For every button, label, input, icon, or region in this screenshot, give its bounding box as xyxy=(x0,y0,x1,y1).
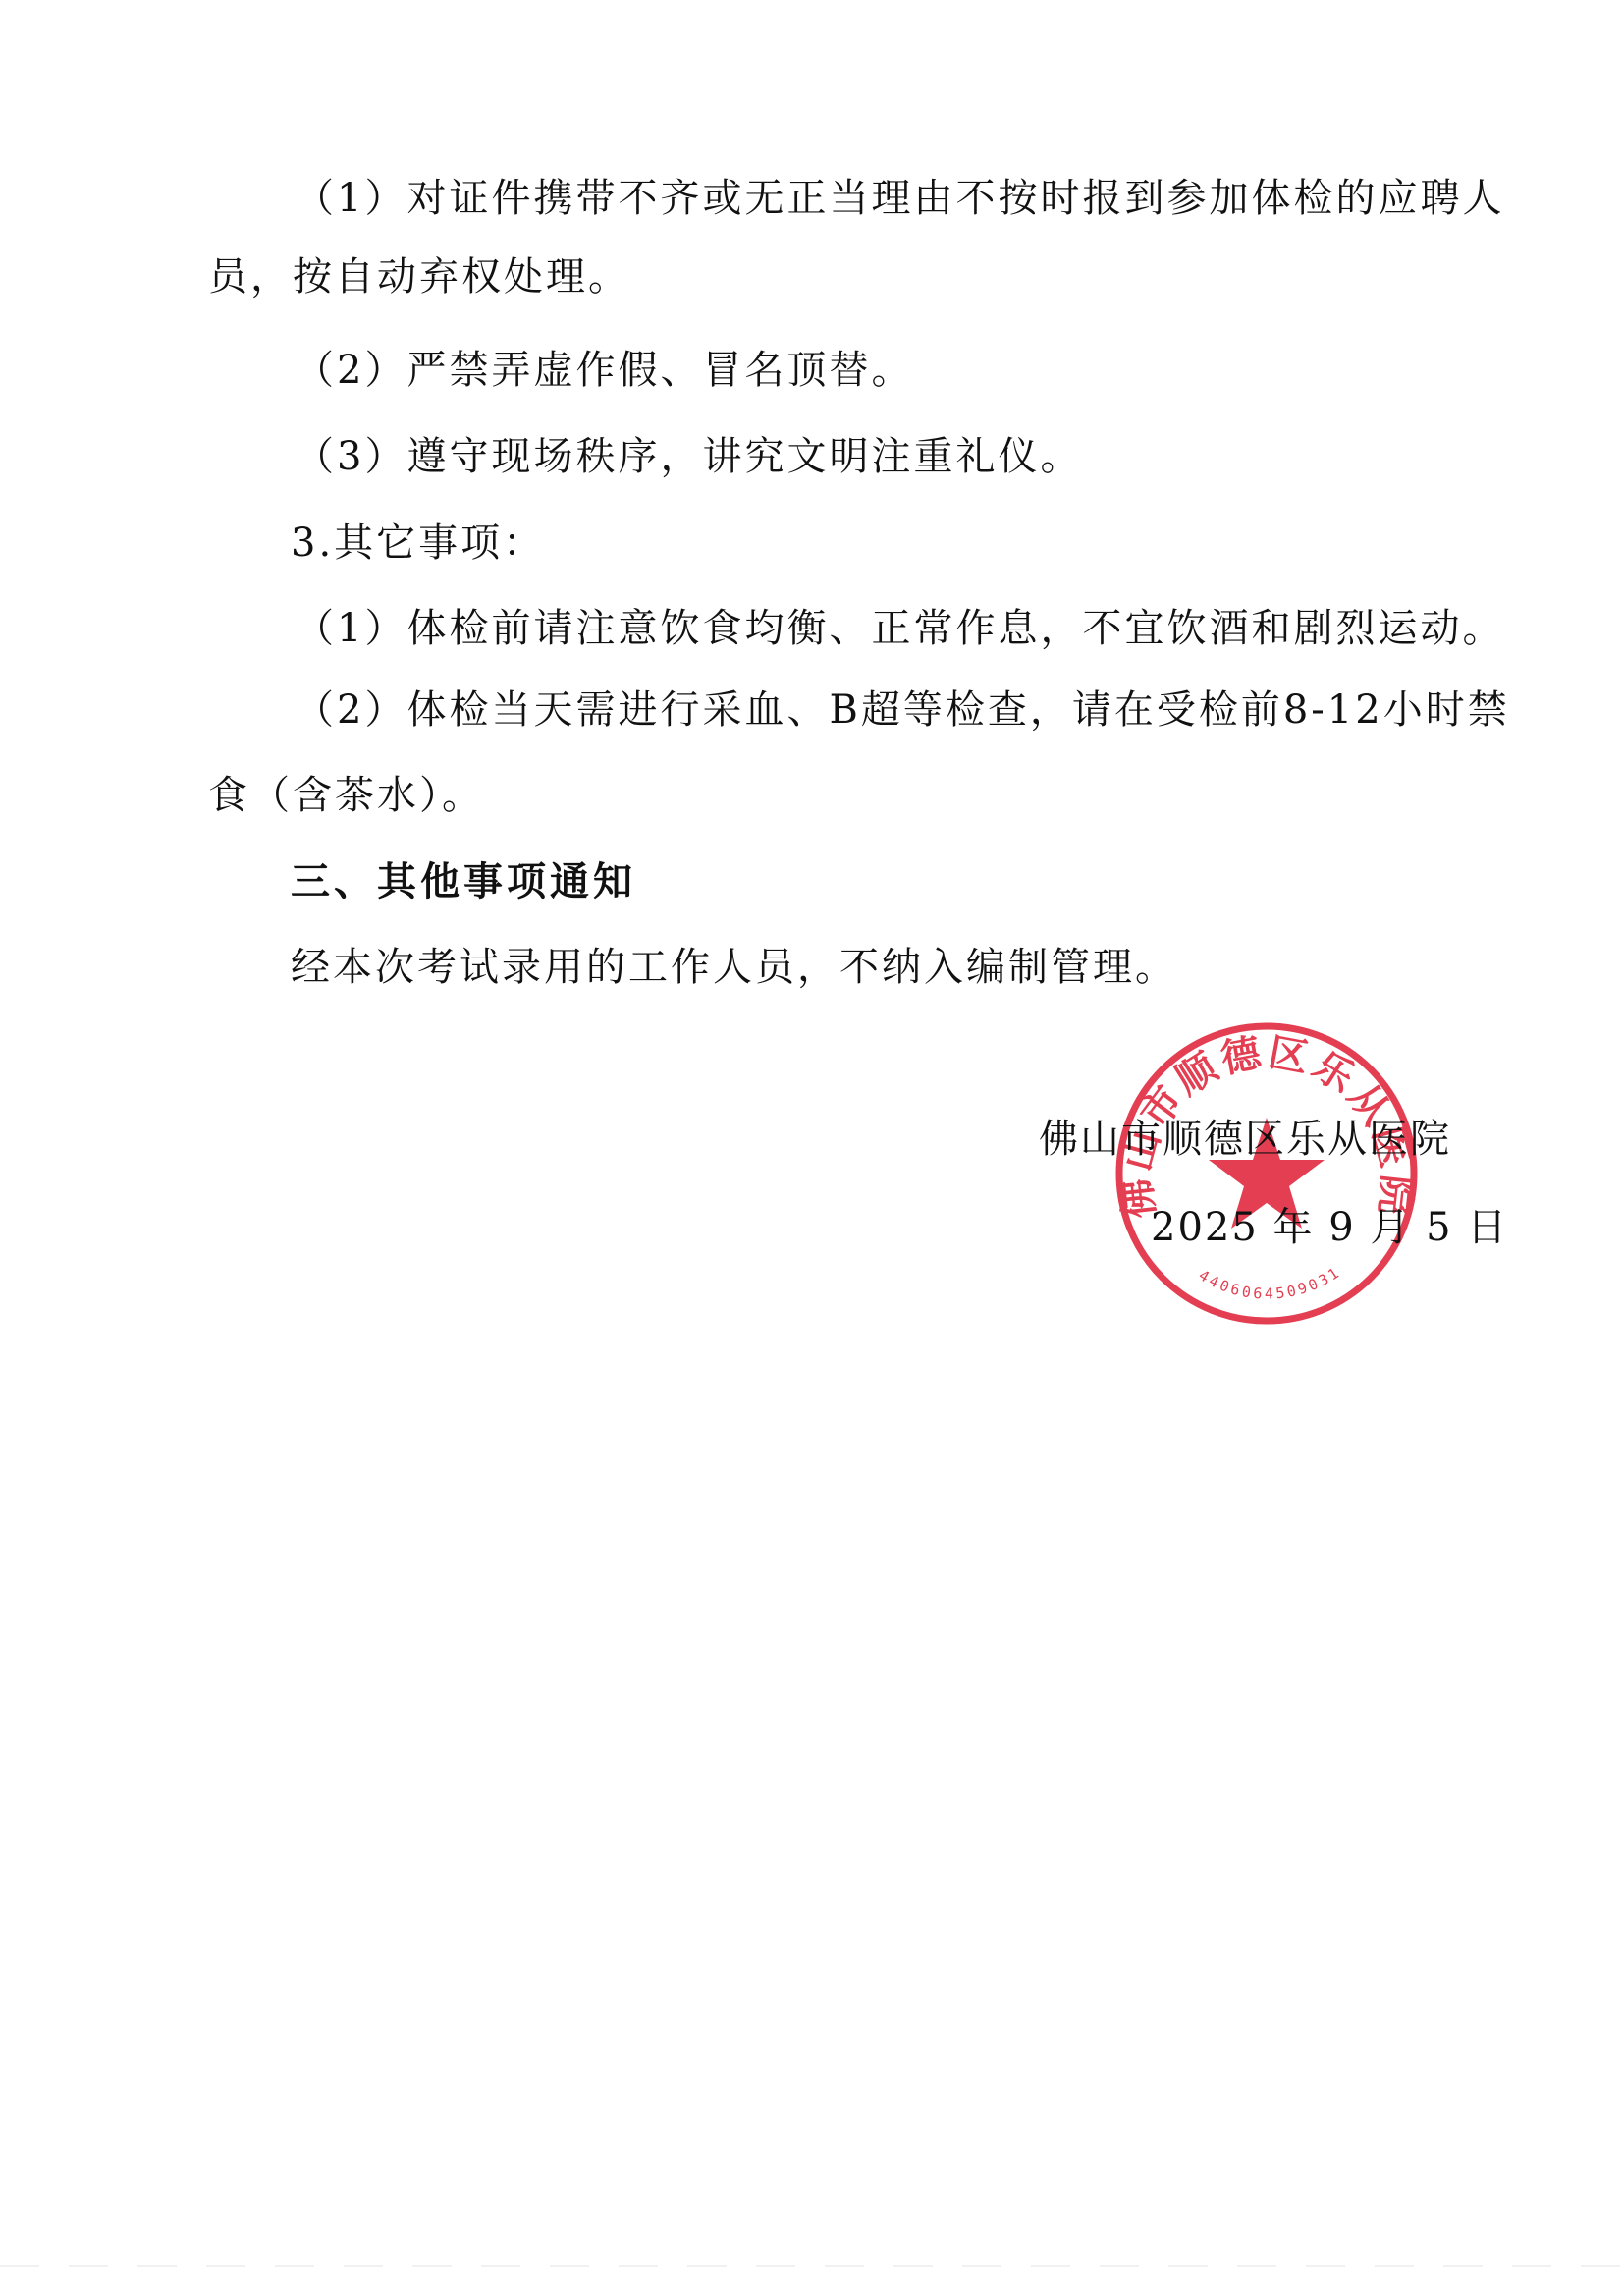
svg-text:4406064509031: 4406064509031 xyxy=(1196,1263,1344,1303)
notice-text: 经本次考试录用的工作人员，不纳入编制管理。 xyxy=(291,944,1177,991)
stamp-code: 4406064509031 xyxy=(1196,1263,1344,1303)
section-3-title: 3.其它事项： xyxy=(291,519,545,567)
rule-1-line-2: 员，按自动弃权处理。 xyxy=(208,253,630,301)
official-seal-stamp: 佛山市顺德区乐从医院 4406064509031 xyxy=(1112,1019,1421,1328)
signature-date: 2025 年 9 月 5 日 xyxy=(1151,1204,1508,1251)
signature-organization: 佛山市顺德区乐从医院 xyxy=(1039,1116,1451,1163)
other-item-2-line-1: （2）体检当天需进行采血、B超等检查，请在受检前8-12小时禁 xyxy=(295,686,1510,734)
rule-1-line-1: （1）对证件携带不齐或无正当理由不按时报到参加体检的应聘人 xyxy=(295,175,1504,222)
section-heading-3: 三、其他事项通知 xyxy=(291,858,636,905)
other-item-1: （1）体检前请注意饮食均衡、正常作息，不宜饮酒和剧烈运动。 xyxy=(295,605,1504,652)
other-item-2-line-2: 食（含茶水）。 xyxy=(208,772,484,819)
scan-artifact-line xyxy=(0,2265,1623,2267)
rule-3: （3）遵守现场秩序，讲究文明注重礼仪。 xyxy=(295,433,1082,480)
rule-2: （2）严禁弄虚作假、冒名顶替。 xyxy=(295,347,913,394)
